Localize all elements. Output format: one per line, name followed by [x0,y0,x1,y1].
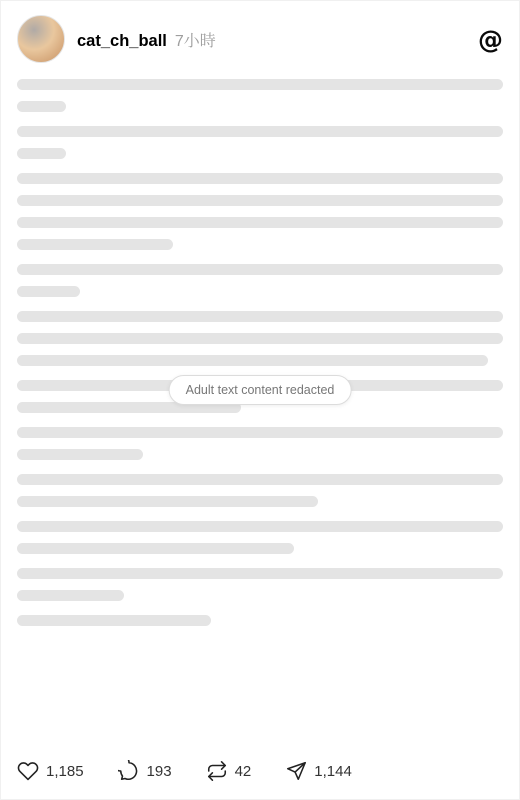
redacted-paragraph [17,474,503,507]
comment-count: 193 [147,763,172,780]
timestamp: 7小時 [175,28,216,51]
redacted-text-line [17,286,80,297]
share-count: 1,144 [314,763,352,780]
redacted-paragraph [17,173,503,250]
engagement-bar: 1,185 193 42 1,144 [17,743,503,799]
redacted-paragraph [17,521,503,554]
redacted-text-line [17,427,503,438]
redacted-paragraph [17,427,503,460]
redacted-paragraph [17,264,503,297]
redacted-text-line [17,474,503,485]
redacted-text-line [17,126,503,137]
redacted-text-line [17,449,143,460]
redacted-text-line [17,496,318,507]
redacted-text-line [17,217,503,228]
share-button[interactable]: 1,144 [285,760,352,782]
send-icon [285,760,307,782]
redacted-paragraph [17,311,503,366]
redacted-text-line [17,239,173,250]
repost-count: 42 [235,763,252,780]
redacted-text-line [17,355,488,366]
redacted-text-line [17,543,294,554]
redacted-paragraph [17,126,503,159]
redacted-text-line [17,101,66,112]
thread-post: cat_ch_ball 7小時 @ Adult text content red… [0,0,520,800]
redacted-text-line [17,264,503,275]
comment-icon [118,760,140,782]
threads-logo-icon[interactable]: @ [478,27,503,52]
redacted-text-line [17,195,503,206]
like-count: 1,185 [46,763,84,780]
redacted-text-line [17,148,66,159]
redaction-notice: Adult text content redacted [169,375,352,405]
redacted-text-line [17,615,211,626]
redacted-paragraph [17,615,503,626]
redacted-text-line [17,568,503,579]
redacted-text-line [17,590,124,601]
redacted-text-line [17,173,503,184]
repost-button[interactable]: 42 [206,760,252,782]
like-button[interactable]: 1,185 [17,760,84,782]
redacted-paragraph [17,79,503,112]
username[interactable]: cat_ch_ball [77,32,167,51]
redacted-text-line [17,333,503,344]
avatar[interactable] [17,15,65,63]
redacted-paragraph [17,568,503,601]
post-header: cat_ch_ball 7小時 @ [17,11,503,67]
comment-button[interactable]: 193 [118,760,172,782]
redacted-text-line [17,79,503,90]
repost-icon [206,760,228,782]
redacted-text-line [17,311,503,322]
heart-icon [17,760,39,782]
post-body: Adult text content redacted [17,79,503,755]
redacted-text-line [17,521,503,532]
